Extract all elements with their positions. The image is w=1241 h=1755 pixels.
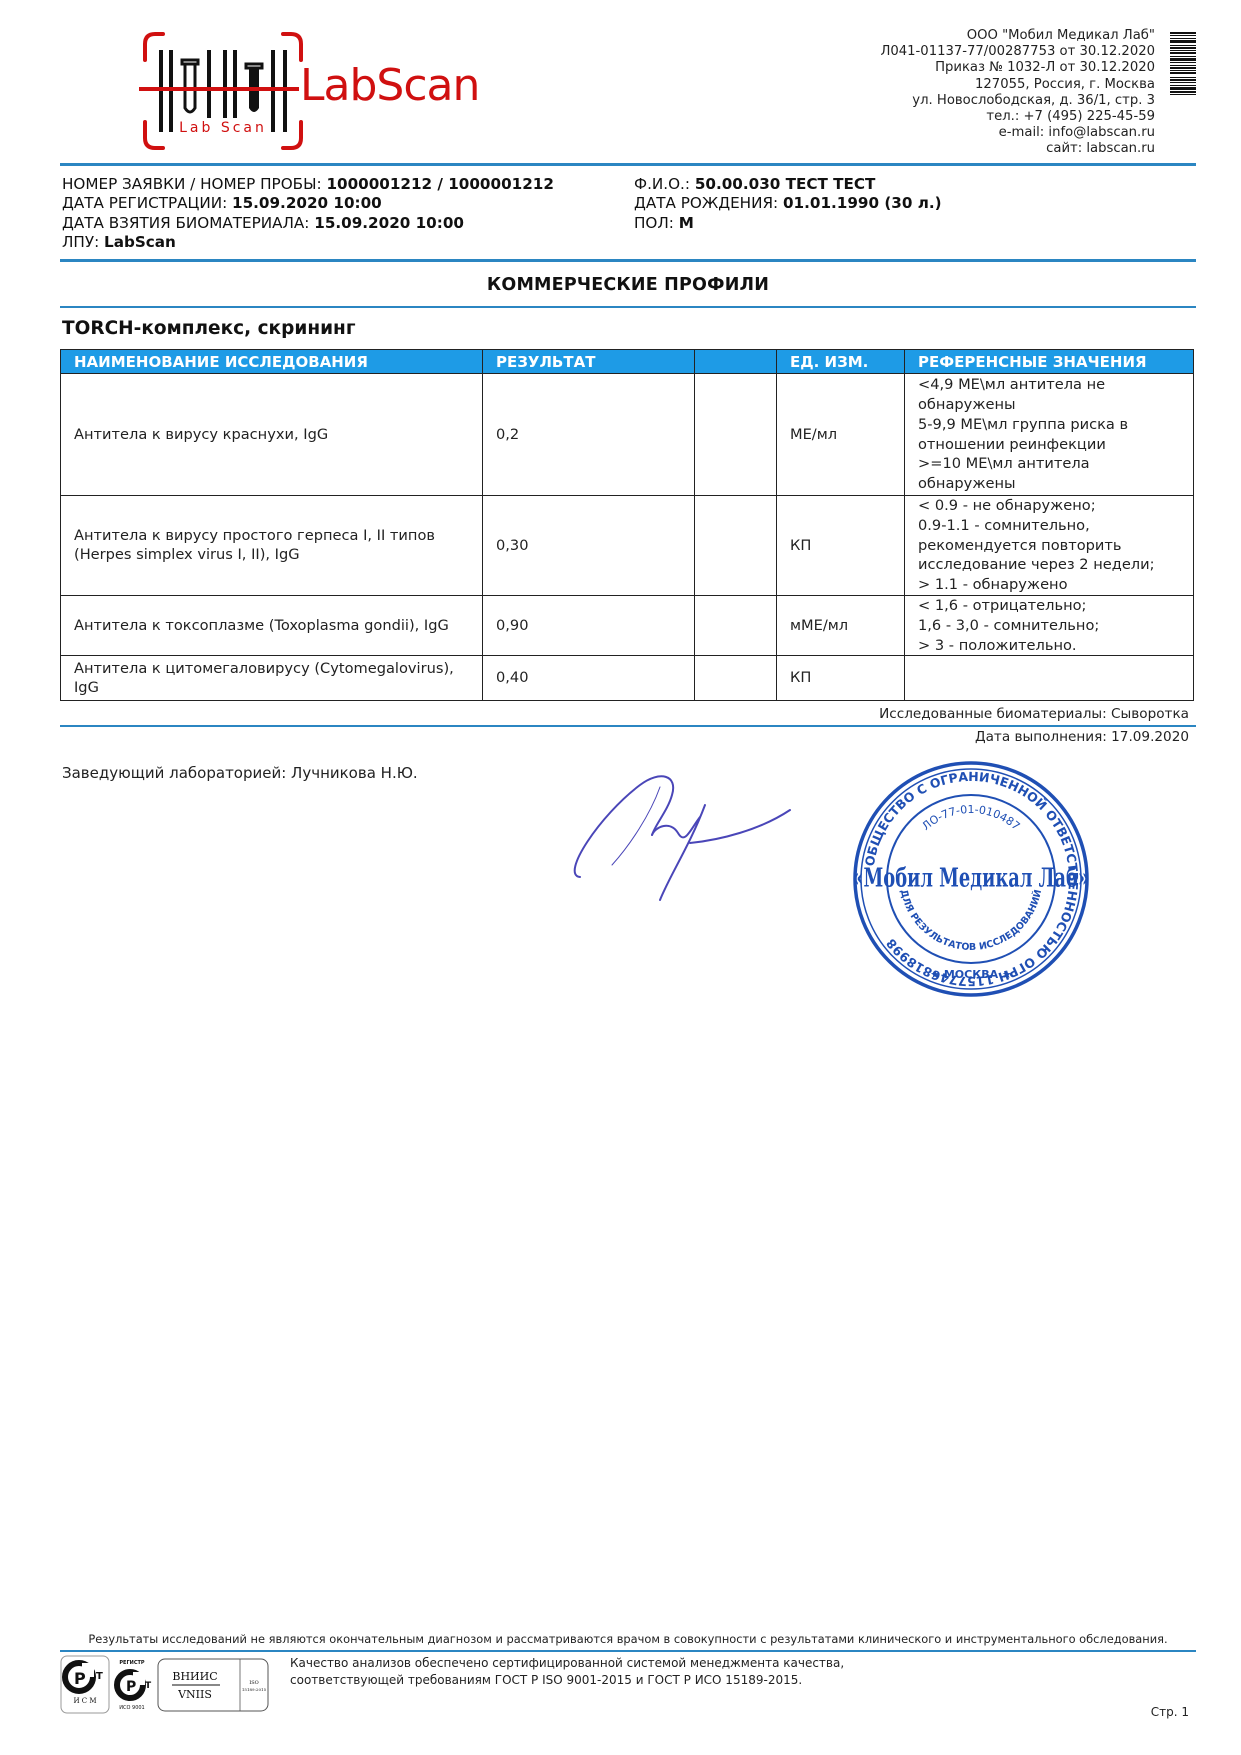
patient-info: Ф.И.О.: 50.00.030 ТЕСТ ТЕСТ ДАТА РОЖДЕНИ… [634, 175, 942, 233]
test-flag [695, 496, 777, 596]
org-order: Приказ № 1032-Л от 30.12.2020 [880, 60, 1155, 76]
org-license: Л041-01137-77/00287753 от 30.12.2020 [880, 44, 1155, 60]
reference-line: > 1.1 - обнаружено [918, 575, 1180, 595]
biomaterial-note: Исследованные биоматериалы: Сыворотка [879, 706, 1189, 722]
reference-line: <4,9 МЕ\мл антитела не [918, 375, 1180, 395]
sample-date-row: ДАТА ВЗЯТИЯ БИОМАТЕРИАЛА: 15.09.2020 10:… [62, 214, 554, 233]
reference-line: обнаружены [918, 474, 1180, 494]
results-table: НАИМЕНОВАНИЕ ИССЛЕДОВАНИЯ РЕЗУЛЬТАТ ЕД. … [60, 349, 1194, 701]
col-header-unit: ЕД. ИЗМ. [777, 350, 905, 374]
test-unit: мМЕ/мл [777, 595, 905, 655]
page-number: Стр. 1 [1151, 1705, 1189, 1719]
test-result: 0,2 [483, 374, 695, 496]
facility-row: ЛПУ: LabScan [62, 233, 554, 252]
register-logo-icon: РЕГИСТР Р Т ИСО 9001 [117, 1660, 152, 1711]
order-info: НОМЕР ЗАЯВКИ / НОМЕР ПРОБЫ: 1000001212 /… [62, 175, 554, 253]
test-name: Антитела к вирусу краснухи, IgG [61, 374, 483, 496]
test-unit: КП [777, 496, 905, 596]
org-city: 127055, Россия, г. Москва [880, 77, 1155, 93]
svg-text:Р: Р [126, 1679, 136, 1695]
test-name: Антитела к цитомегаловирусу (Cytomegalov… [61, 656, 483, 701]
order-number-value: 1000001212 / 1000001212 [326, 175, 553, 193]
table-row: Антитела к вирусу краснухи, IgG0,2МЕ/мл<… [61, 374, 1194, 496]
svg-text:ВНИИС: ВНИИС [172, 1670, 217, 1683]
reference-line: 0.9-1.1 - сомнительно, [918, 516, 1180, 536]
svg-text:И С М: И С М [73, 1697, 96, 1705]
table-row: Антитела к токсоплазме (Toxoplasma gondi… [61, 595, 1194, 655]
header-divider [60, 163, 1196, 166]
table-row: Антитела к вирусу простого герпеса I, II… [61, 496, 1194, 596]
test-name: Антитела к токсоплазме (Toxoplasma gondi… [61, 595, 483, 655]
col-header-flag [695, 350, 777, 374]
registration-date-row: ДАТА РЕГИСТРАЦИИ: 15.09.2020 10:00 [62, 194, 554, 213]
order-number-row: НОМЕР ЗАЯВКИ / НОМЕР ПРОБЫ: 1000001212 /… [62, 175, 554, 194]
organization-info: ООО "Мобил Медикал Лаб" Л041-01137-77/00… [880, 28, 1155, 158]
svg-text:Т: Т [145, 1681, 152, 1691]
quality-statement: Качество анализов обеспечено сертифициро… [290, 1655, 844, 1689]
reference-line: > 3 - положительно. [918, 636, 1180, 656]
reference-line: рекомендуется повторить [918, 536, 1180, 556]
svg-text:ИСО 9001: ИСО 9001 [119, 1705, 144, 1711]
patient-name-value: 50.00.030 ТЕСТ ТЕСТ [695, 175, 876, 193]
patient-name-row: Ф.И.О.: 50.00.030 ТЕСТ ТЕСТ [634, 175, 942, 194]
birth-date-value: 01.01.1990 (30 л.) [783, 194, 942, 212]
svg-text:Р: Р [74, 1669, 86, 1688]
section-divider [60, 306, 1196, 308]
svg-text:Lab Scan: Lab Scan [179, 120, 267, 136]
test-flag [695, 374, 777, 496]
svg-text:15189:2015: 15189:2015 [242, 1687, 267, 1692]
svg-text:ISO: ISO [249, 1680, 259, 1686]
reference-line: >=10 МЕ\мл антитела [918, 454, 1180, 474]
facility-value: LabScan [104, 233, 176, 251]
barcode-icon [1170, 32, 1196, 160]
company-stamp: ОБЩЕСТВО С ОГРАНИЧЕННОЙ ОТВЕТСТВЕННОСТЬЮ… [850, 758, 1092, 1000]
col-header-name: НАИМЕНОВАНИЕ ИССЛЕДОВАНИЯ [61, 350, 483, 374]
reference-line: обнаружены [918, 395, 1180, 415]
reference-line: исследование через 2 недели; [918, 555, 1180, 575]
org-name: ООО "Мобил Медикал Лаб" [880, 28, 1155, 44]
svg-text:ДЛЯ РЕЗУЛЬТАТОВ ИССЛЕДОВАНИЙ: ДЛЯ РЕЗУЛЬТАТОВ ИССЛЕДОВАНИЙ [898, 888, 1044, 953]
col-header-result: РЕЗУЛЬТАТ [483, 350, 695, 374]
disclaimer: Результаты исследований не являются окон… [60, 1632, 1196, 1646]
reference-line: < 1,6 - отрицательно; [918, 596, 1180, 616]
test-reference [905, 656, 1194, 701]
table-header-row: НАИМЕНОВАНИЕ ИССЛЕДОВАНИЯ РЕЗУЛЬТАТ ЕД. … [61, 350, 1194, 374]
svg-text:VNIIS: VNIIS [177, 1688, 212, 1701]
svg-text:Т: Т [96, 1671, 103, 1682]
org-email: e-mail: info@labscan.ru [880, 125, 1155, 141]
test-result: 0,90 [483, 595, 695, 655]
logo-wordmark: LabScan [300, 60, 479, 111]
col-header-reference: РЕФЕРЕНСНЫЕ ЗНАЧЕНИЯ [905, 350, 1194, 374]
lab-head-signature-line: Заведующий лабораторией: Лучникова Н.Ю. [62, 764, 418, 782]
test-flag [695, 656, 777, 701]
sample-date-value: 15.09.2020 10:00 [314, 214, 464, 232]
footer-divider [60, 1650, 1196, 1652]
org-website: сайт: labscan.ru [880, 141, 1155, 157]
birth-date-row: ДАТА РОЖДЕНИЯ: 01.01.1990 (30 л.) [634, 194, 942, 213]
reference-line: 1,6 - 3,0 - сомнительно; [918, 616, 1180, 636]
test-unit: КП [777, 656, 905, 701]
profile-title: TORCH-комплекс, скрининг [62, 318, 356, 339]
table-row: Антитела к цитомегаловирусу (Cytomegalov… [61, 656, 1194, 701]
section-title: КОММЕРЧЕСКИЕ ПРОФИЛИ [60, 275, 1196, 295]
svg-text:★ МОСКВА ★: ★ МОСКВА ★ [930, 968, 1012, 981]
svg-text:ЛО-77-01-010487: ЛО-77-01-010487 [920, 803, 1023, 833]
svg-text:«Мобил Медикал Лаб»: «Мобил Медикал Лаб» [852, 863, 1089, 893]
test-flag [695, 595, 777, 655]
completion-date: Дата выполнения: 17.09.2020 [975, 729, 1189, 745]
reference-line: отношении реинфекции [918, 435, 1180, 455]
sex-value: М [679, 214, 694, 232]
test-result: 0,30 [483, 496, 695, 596]
registration-date-value: 15.09.2020 10:00 [232, 194, 382, 212]
sex-row: ПОЛ: М [634, 214, 942, 233]
test-unit: МЕ/мл [777, 374, 905, 496]
test-name: Антитела к вирусу простого герпеса I, II… [61, 496, 483, 596]
test-reference: < 1,6 - отрицательно;1,6 - 3,0 - сомните… [905, 595, 1194, 655]
org-address: ул. Новослободская, д. 36/1, стр. 3 [880, 93, 1155, 109]
table-footer-divider [60, 725, 1196, 727]
vniis-logo-icon: ВНИИС VNIIS ISO 15189:2015 [158, 1659, 268, 1711]
reference-line: < 0.9 - не обнаружено; [918, 496, 1180, 516]
svg-text:РЕГИСТР: РЕГИСТР [119, 1660, 145, 1666]
test-reference: < 0.9 - не обнаружено;0.9-1.1 - сомнител… [905, 496, 1194, 596]
reference-line: 5-9,9 МЕ\мл группа риска в [918, 415, 1180, 435]
signature-image [560, 755, 800, 905]
info-divider [60, 259, 1196, 262]
test-result: 0,40 [483, 656, 695, 701]
certification-logos: Р Т И С М РЕГИСТР Р Т ИСО 9001 ВНИИС VNI… [60, 1655, 270, 1715]
org-phone: тел.: +7 (495) 225-45-59 [880, 109, 1155, 125]
rst-logo-icon: Р Т И С М [61, 1656, 109, 1713]
test-reference: <4,9 МЕ\мл антитела необнаружены5-9,9 МЕ… [905, 374, 1194, 496]
